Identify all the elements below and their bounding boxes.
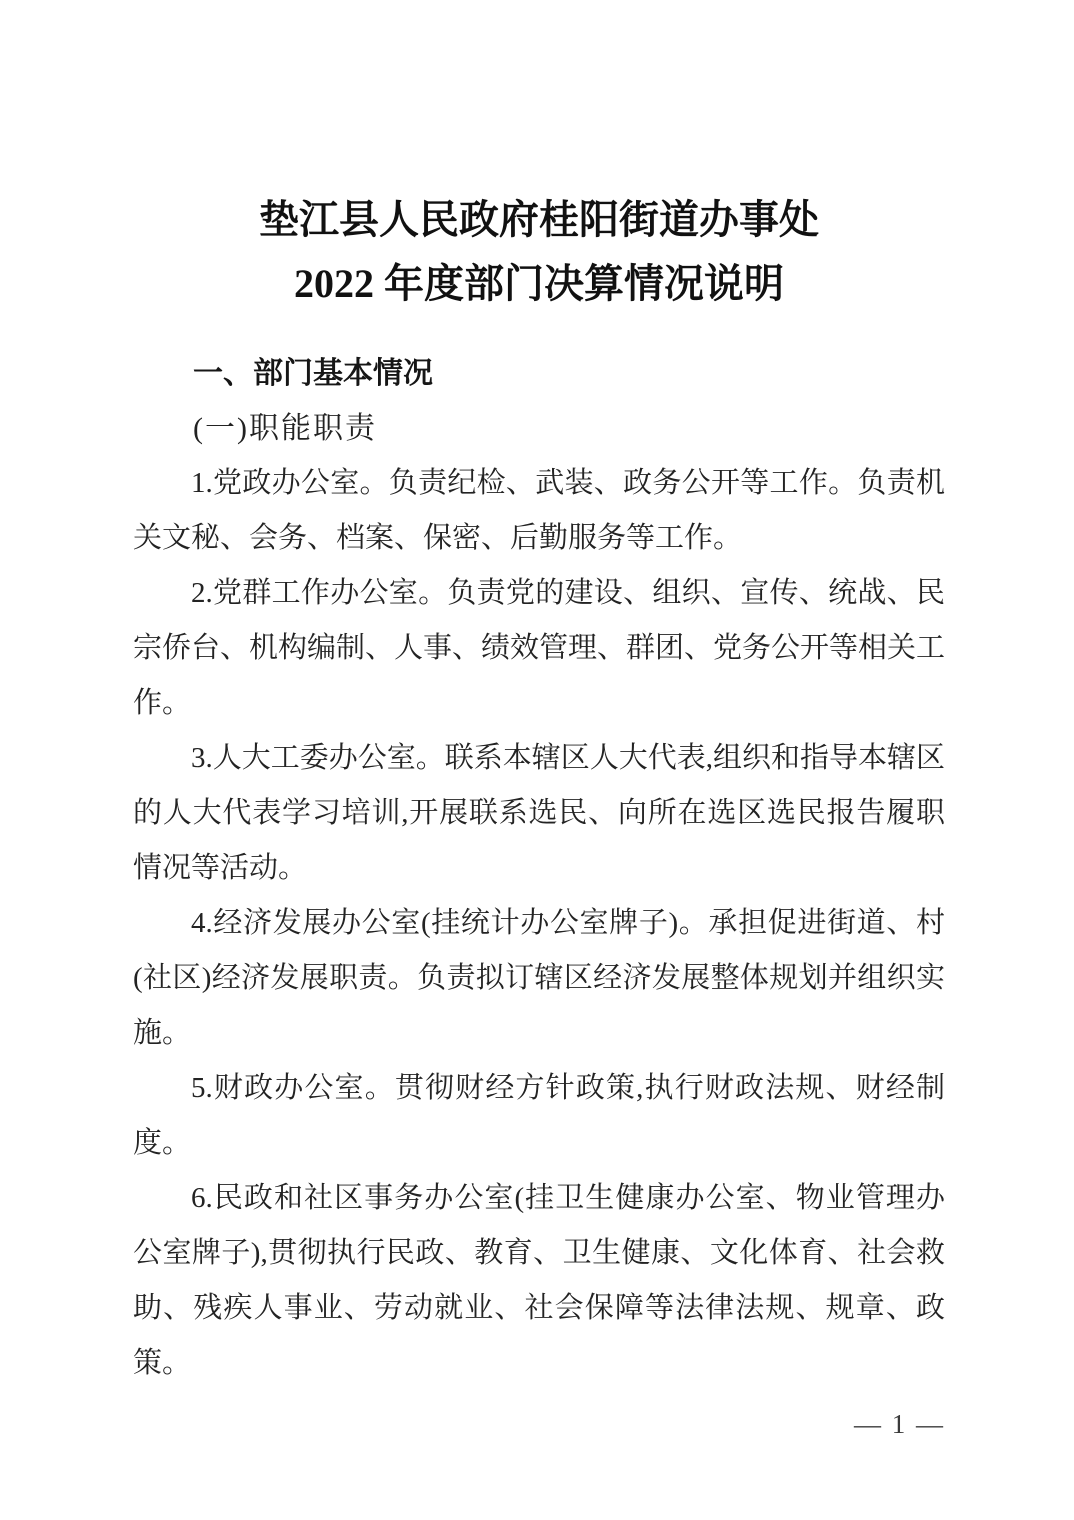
section-heading-basic-situation: 一、部门基本情况 xyxy=(133,346,945,401)
paragraph-office-economic-development: 4.经济发展办公室(挂统计办公室牌子)。承担促进街道、村(社区)经济发展职责。负… xyxy=(133,896,945,1061)
paragraph-office-finance: 5.财政办公室。贯彻财经方针政策,执行财政法规、财经制度。 xyxy=(133,1061,945,1171)
subsection-heading-duties: (一)职能职责 xyxy=(133,401,945,456)
paragraph-office-party-mass-work: 2.党群工作办公室。负责党的建设、组织、宣传、统战、民宗侨台、机构编制、人事、绩… xyxy=(133,566,945,731)
document-content: 垫江县人民政府桂阳街道办事处 2022 年度部门决算情况说明 一、部门基本情况 … xyxy=(133,0,945,1391)
document-title-line1: 垫江县人民政府桂阳街道办事处 xyxy=(133,188,945,252)
paragraph-office-peoples-congress: 3.人大工委办公室。联系本辖区人大代表,组织和指导本辖区的人大代表学习培训,开展… xyxy=(133,731,945,896)
document-title: 垫江县人民政府桂阳街道办事处 2022 年度部门决算情况说明 xyxy=(133,188,945,316)
page-number: — 1 — xyxy=(854,1402,945,1447)
document-title-line2: 2022 年度部门决算情况说明 xyxy=(133,252,945,316)
paragraph-office-party-government: 1.党政办公室。负责纪检、武装、政务公开等工作。负责机关文秘、会务、档案、保密、… xyxy=(133,456,945,566)
document-page: 垫江县人民政府桂阳街道办事处 2022 年度部门决算情况说明 一、部门基本情况 … xyxy=(0,0,1074,1520)
paragraph-office-civil-affairs: 6.民政和社区事务办公室(挂卫生健康办公室、物业管理办公室牌子),贯彻执行民政、… xyxy=(133,1171,945,1391)
